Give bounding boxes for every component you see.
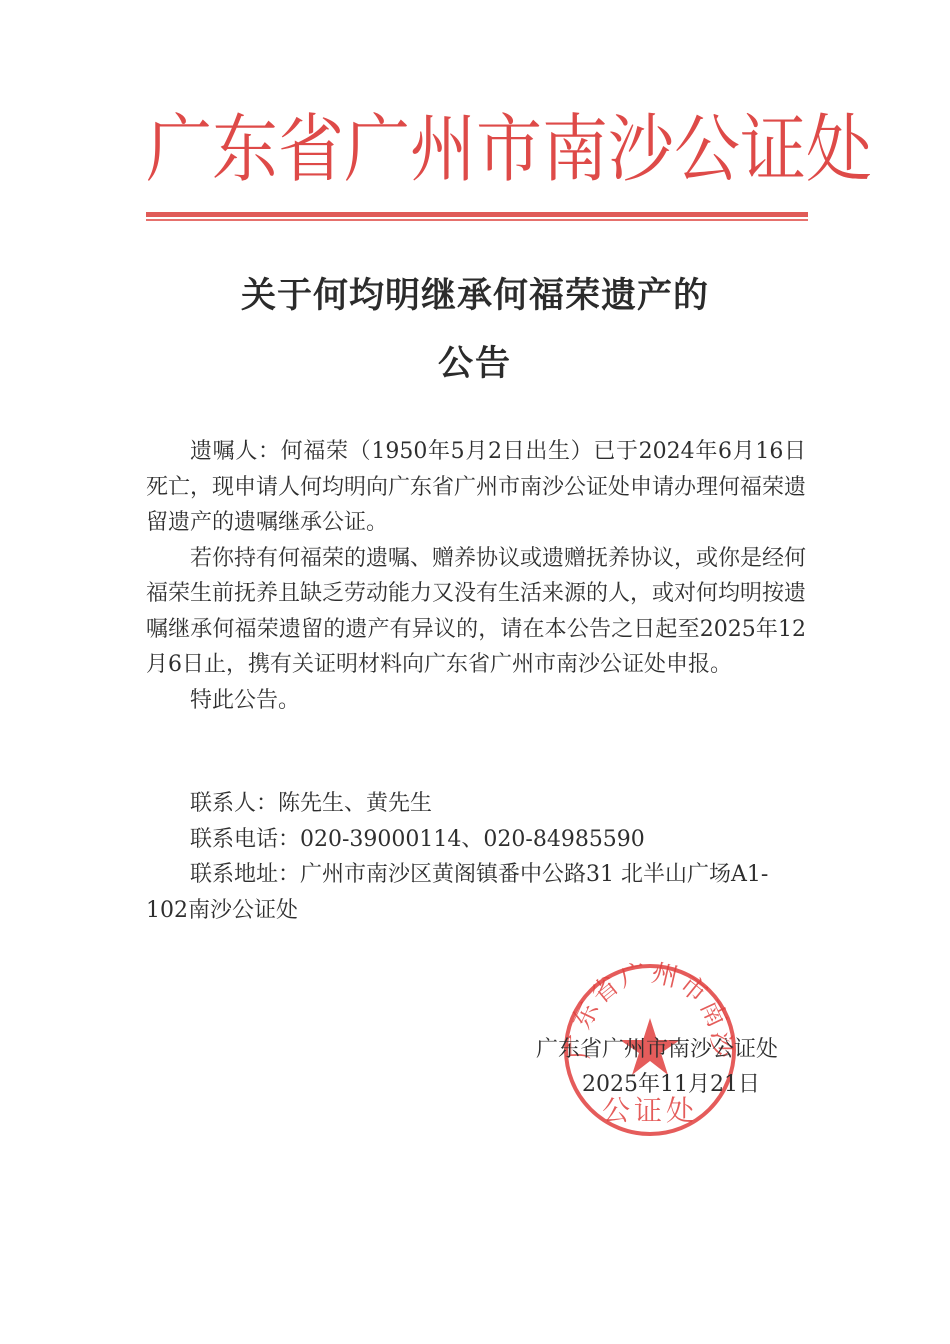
letterhead-divider-thin [146, 219, 808, 221]
signature-block: 广东省广州市南沙公证处 2025年11月21日 [536, 1032, 796, 1102]
notice-body: 遗嘱人：何福荣（1950年5月2日出生）已于2024年6月16日死亡，现申请人何… [146, 434, 806, 718]
paragraph-objection-instructions: 若你持有何福荣的遗嘱、赠养协议或遗赠抚养协议，或你是经何福荣生前抚养且缺乏劳动能… [146, 541, 806, 683]
contact-person: 联系人：陈先生、黄先生 [146, 786, 806, 822]
letterhead-org-name: 广东省广州市南沙公证处 [146, 96, 810, 204]
signature-date: 2025年11月21日 [536, 1067, 796, 1102]
paragraph-closing: 特此公告。 [146, 683, 806, 719]
contact-block: 联系人：陈先生、黄先生 联系电话：020-39000114、020-849855… [146, 786, 806, 928]
contact-phone: 联系电话：020-39000114、020-84985590 [146, 822, 806, 858]
signature-org: 广东省广州市南沙公证处 [536, 1032, 796, 1067]
paragraph-testator-info: 遗嘱人：何福荣（1950年5月2日出生）已于2024年6月16日死亡，现申请人何… [146, 434, 806, 541]
letterhead-divider-thick [146, 212, 808, 217]
notice-subtitle: 公告 [0, 340, 950, 388]
notice-title: 关于何均明继承何福荣遗产的 [0, 272, 950, 320]
notice-page: 广东省广州市南沙公证处 关于何均明继承何福荣遗产的 公告 遗嘱人：何福荣（195… [0, 0, 950, 1344]
contact-address: 联系地址：广州市南沙区黄阁镇番中公路31 北半山广场A1-102南沙公证处 [146, 857, 806, 928]
